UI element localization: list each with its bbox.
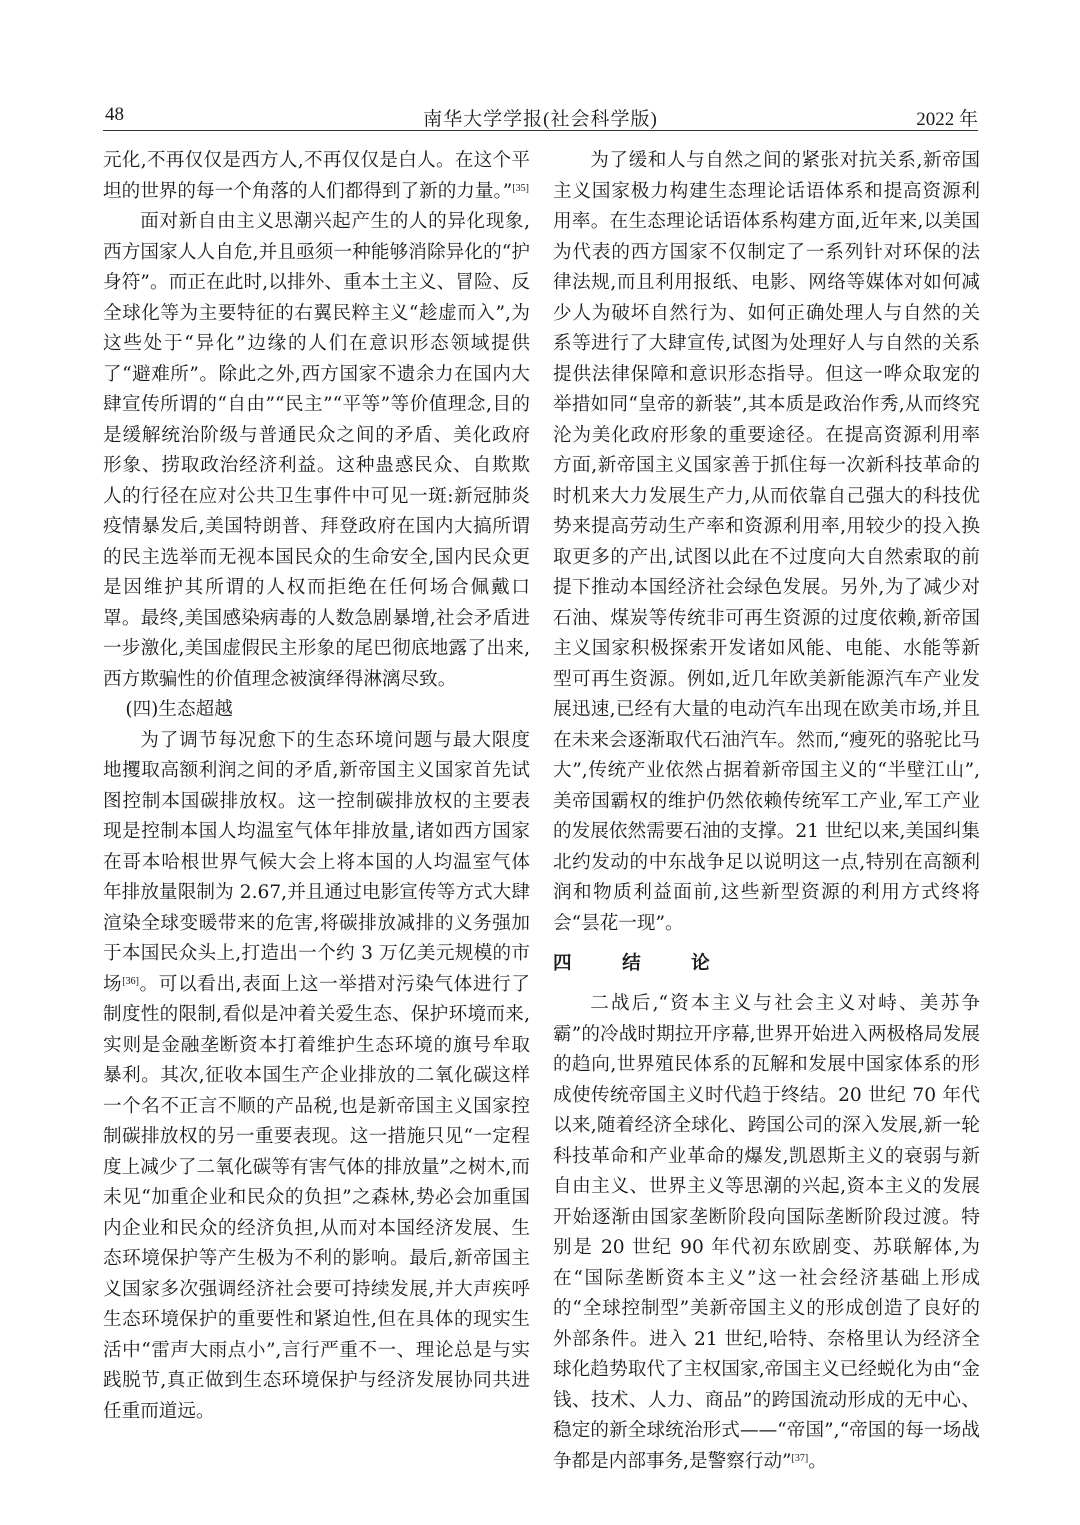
paragraph-text: 。可以看出,表面上这一举措对污染气体进行了制度性的限制,看似是冲着关爱生态、保护… (103, 974, 530, 1422)
left-column: 元化,不再仅仅是西方人,不再仅仅是白人。在这个平坦的世界的每一个角落的人们都得到… (103, 146, 530, 1427)
paragraph-text: 二战后,“资本主义与社会主义对峙、美苏争霸”的冷战时期拉开序幕,世界开始进入两极… (553, 993, 980, 1472)
citation-ref: [37] (792, 1453, 809, 1464)
paragraph: 二战后,“资本主义与社会主义对峙、美苏争霸”的冷战时期拉开序幕,世界开始进入两极… (553, 989, 980, 1477)
running-header: 48 南华大学学报(社会科学版) 2022 年 (103, 100, 978, 131)
paragraph-text: 为了调节每况愈下的生态环境问题与最大限度地攫取高额利润之间的矛盾,新帝国主义国家… (103, 730, 530, 995)
citation-ref: [35] (512, 183, 529, 194)
subsection-heading: (四)生态超越 (103, 695, 530, 726)
paragraph-continued: 元化,不再仅仅是西方人,不再仅仅是白人。在这个平坦的世界的每一个角落的人们都得到… (103, 146, 530, 207)
paragraph: 为了调节每况愈下的生态环境问题与最大限度地攫取高额利润之间的矛盾,新帝国主义国家… (103, 726, 530, 1428)
journal-title: 南华大学学报(社会科学版) (103, 104, 978, 131)
paragraph-text: 。 (808, 1451, 827, 1472)
citation-ref: [36] (122, 976, 139, 987)
right-column: 为了缓和人与自然之间的紧张对抗关系,新帝国主义国家极力构建生态理论话语体系和提高… (553, 146, 980, 1477)
paragraph-text: 元化,不再仅仅是西方人,不再仅仅是白人。在这个平坦的世界的每一个角落的人们都得到… (103, 150, 530, 202)
publication-year: 2022 年 (916, 104, 978, 131)
paragraph: 面对新自由主义思潮兴起产生的人的异化现象,西方国家人人自危,并且亟须一种能够消除… (103, 207, 530, 695)
section-heading: 四 结 论 (553, 949, 980, 979)
paragraph: 为了缓和人与自然之间的紧张对抗关系,新帝国主义国家极力构建生态理论话语体系和提高… (553, 146, 980, 939)
